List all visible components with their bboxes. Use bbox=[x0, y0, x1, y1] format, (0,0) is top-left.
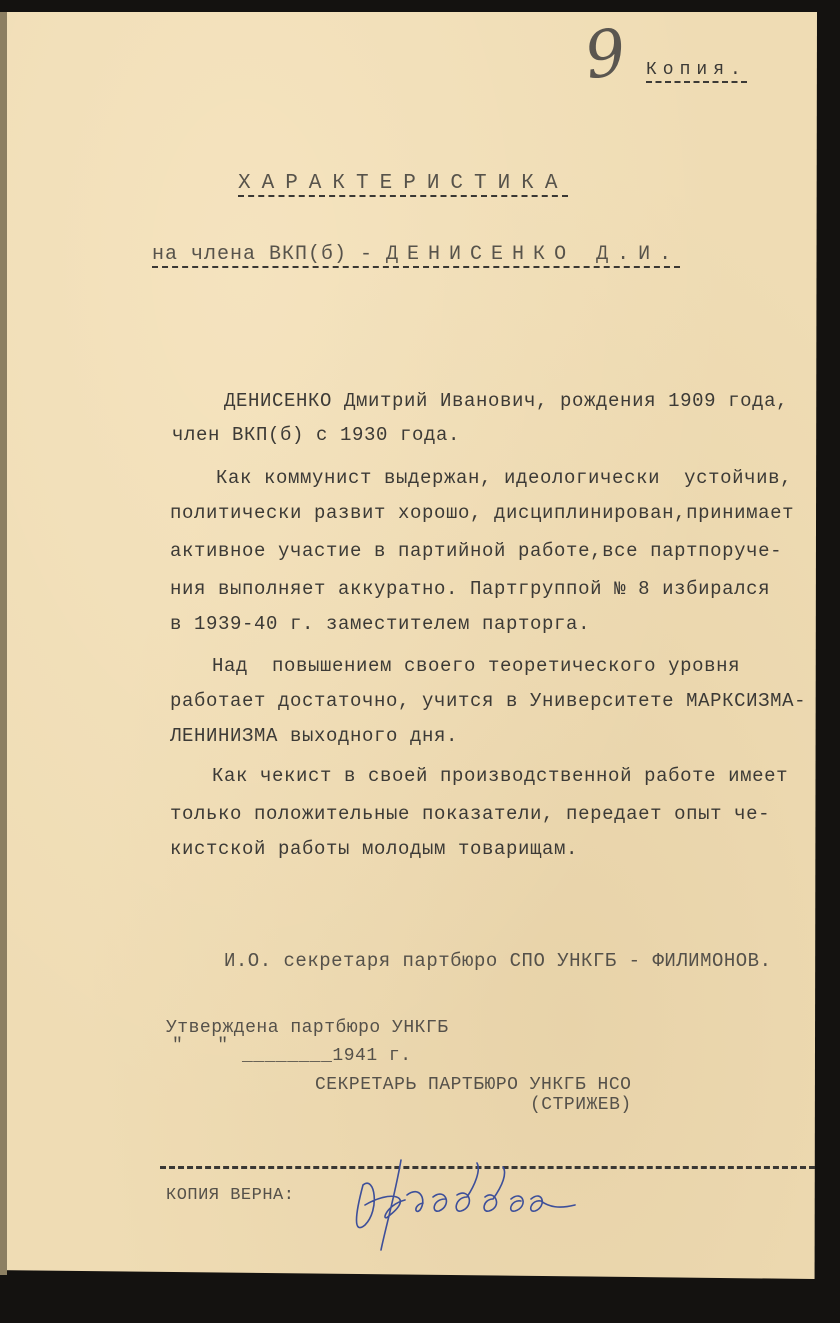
body-line: в 1939-40 г. заместителем парторга. bbox=[170, 613, 590, 635]
secretary-title: СЕКРЕТАРЬ ПАРТБЮРО УНКГБ НСО bbox=[315, 1075, 631, 1095]
page-binding-edge bbox=[0, 12, 7, 1275]
body-line: Как чекист в своей производственной рабо… bbox=[212, 765, 788, 787]
subtitle-prefix: на члена ВКП(б) - bbox=[152, 243, 386, 266]
body-line: Как коммунист выдержан, идеологически ус… bbox=[216, 467, 792, 489]
body-line: ния выполняет аккуратно. Партгруппой № 8… bbox=[170, 578, 770, 600]
body-line: политически развит хорошо, дисциплиниров… bbox=[170, 502, 794, 524]
document-subtitle: на члена ВКП(б) - ДЕНИСЕНКО Д.И. bbox=[152, 243, 680, 268]
copy-verified-label: КОПИЯ ВЕРНА: bbox=[166, 1186, 294, 1205]
signer-line: И.О. секретаря партбюро СПО УНКГБ - ФИЛИ… bbox=[224, 950, 772, 972]
approval-line: Утверждена партбюро УНКГБ bbox=[166, 1018, 449, 1038]
approval-date: ________1941 г. bbox=[242, 1046, 412, 1066]
body-line: только положительные показатели, передае… bbox=[170, 803, 770, 825]
handwritten-signature bbox=[335, 1155, 595, 1255]
secretary-name: (СТРИЖЕВ) bbox=[530, 1095, 632, 1115]
document-title: ХАРАКТЕРИСТИКА bbox=[238, 172, 568, 197]
body-line: ЛЕНИНИЗМА выходного дня. bbox=[170, 725, 458, 747]
body-line: Над повышением своего теоретического уро… bbox=[212, 655, 740, 677]
body-line: активное участие в партийной работе,все … bbox=[170, 540, 782, 562]
body-line: кистской работы молодым товарищам. bbox=[170, 838, 578, 860]
body-line: член ВКП(б) с 1930 года. bbox=[172, 424, 460, 446]
copy-label: Копия. bbox=[646, 60, 747, 83]
body-line: ДЕНИСЕНКО Дмитрий Иванович, рождения 190… bbox=[224, 390, 788, 412]
subtitle-name: ДЕНИСЕНКО Д.И. bbox=[386, 243, 680, 266]
approval-quotes: " " bbox=[172, 1036, 229, 1056]
body-line: работает достаточно, учится в Университе… bbox=[170, 690, 806, 712]
